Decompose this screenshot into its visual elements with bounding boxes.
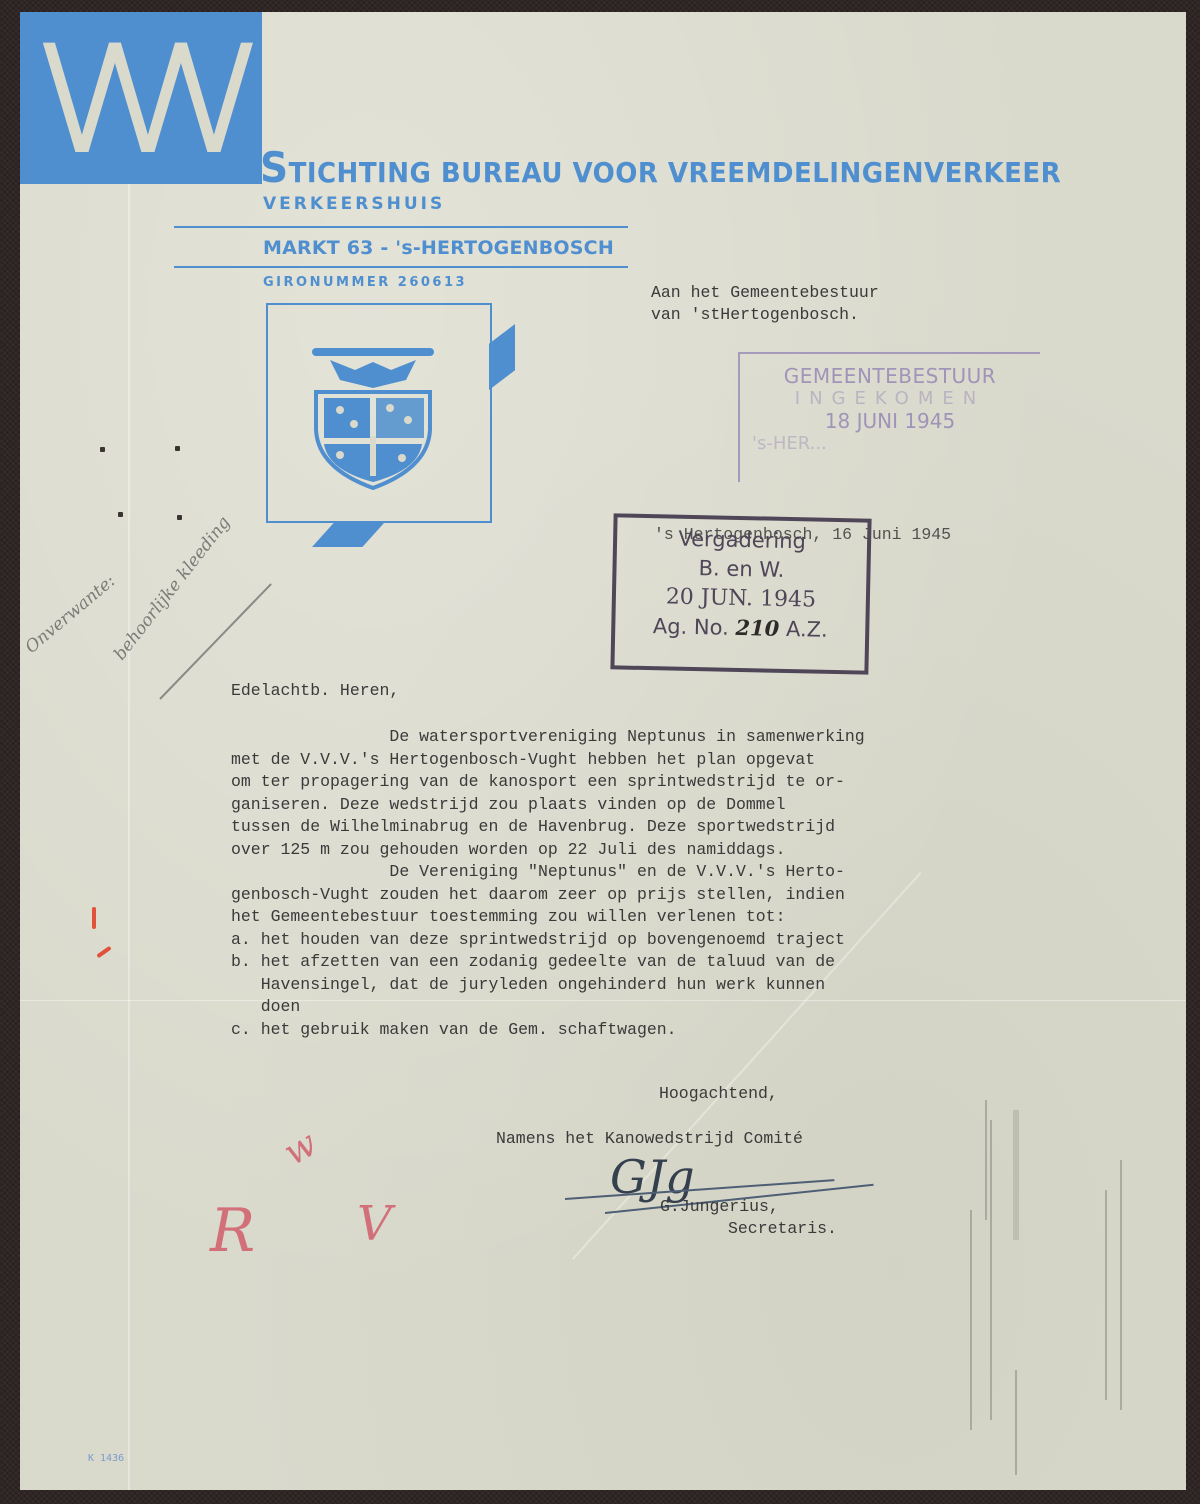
red-annotation-r: R <box>210 1196 255 1266</box>
list-item-b-cont: Havensingel, dat de juryleden ongehinder… <box>231 974 865 997</box>
organization-title: STICHTING BUREAU VOOR VREEMDELINGENVERKE… <box>260 143 1061 192</box>
organization-subtitle: VERKEERSHUIS <box>263 194 445 214</box>
pencil-shorthand <box>1105 1190 1107 1400</box>
divider-rule <box>174 226 628 228</box>
recipient-line-1: Aan het Gemeentebestuur <box>651 282 879 305</box>
signatory-title: Secretaris. <box>728 1218 837 1241</box>
red-annotation-v: V <box>357 1196 392 1252</box>
punch-hole <box>100 447 105 452</box>
print-code: K 1436 <box>88 1453 124 1464</box>
closing-greeting: Hoogachtend, <box>659 1083 778 1106</box>
list-item-c: c. het gebruik maken van de Gem. schaftw… <box>231 1019 865 1042</box>
body-line: om ter propagering van de kanosport een … <box>231 771 865 794</box>
giro-number: GIRONUMMER 260613 <box>263 275 467 290</box>
coat-of-arms-icon <box>310 340 436 490</box>
body-line: met de V.V.V.'s Hertogenbosch-Vught hebb… <box>231 749 865 772</box>
body-line: het Gemeentebestuur toestemming zou will… <box>231 906 865 929</box>
agenda-number: 210 <box>735 615 779 641</box>
pencil-shorthand <box>1015 1370 1017 1475</box>
organization-address: MARKT 63 - 's-HERTOGENBOSCH <box>263 237 614 259</box>
punch-hole <box>175 446 180 451</box>
punch-hole <box>118 512 123 517</box>
vvv-logo: VVV <box>20 12 262 184</box>
fold-line-vertical <box>128 12 130 1490</box>
list-item-b-cont: doen <box>231 996 865 1019</box>
letter-body: De watersportvereniging Neptunus in same… <box>231 726 865 1041</box>
body-line: ganiseren. Deze wedstrijd zou plaats vin… <box>231 794 865 817</box>
pencil-shorthand <box>970 1210 972 1430</box>
red-mark <box>92 907 96 929</box>
recipient-line-2: van 'stHertogenbosch. <box>651 304 859 327</box>
punch-hole <box>177 515 182 520</box>
vvv-logo-text: VVV <box>42 26 240 176</box>
received-stamp: GEMEENTEBESTUUR INGEKOMEN 18 JUNI 1945 '… <box>738 352 1040 482</box>
body-line: De watersportvereniging Neptunus in same… <box>231 726 865 749</box>
body-line: over 125 m zou gehouden worden op 22 Jul… <box>231 839 865 862</box>
pencil-shorthand <box>985 1100 987 1220</box>
signatory-name: G.Jungerius, <box>660 1196 779 1219</box>
pencil-shorthand <box>1120 1160 1122 1410</box>
divider-rule <box>174 266 628 268</box>
salutation: Edelachtb. Heren, <box>231 680 399 703</box>
pencil-shorthand <box>1013 1110 1019 1240</box>
pencil-shorthand <box>990 1120 992 1420</box>
list-item-b: b. het afzetten van een zodanig gedeelte… <box>231 951 865 974</box>
body-line: De Vereniging "Neptunus" en de V.V.V.'s … <box>231 861 865 884</box>
list-item-a: a. het houden van deze sprintwedstrijd o… <box>231 929 865 952</box>
meeting-stamp: Vergadering B. en W. 20 JUN. 1945 Ag. No… <box>610 513 871 674</box>
on-behalf-line: Namens het Kanowedstrijd Comité <box>496 1128 803 1151</box>
body-line: tussen de Wilhelminabrug en de Havenbrug… <box>231 816 865 839</box>
body-line: genbosch-Vught zouden het daarom zeer op… <box>231 884 865 907</box>
